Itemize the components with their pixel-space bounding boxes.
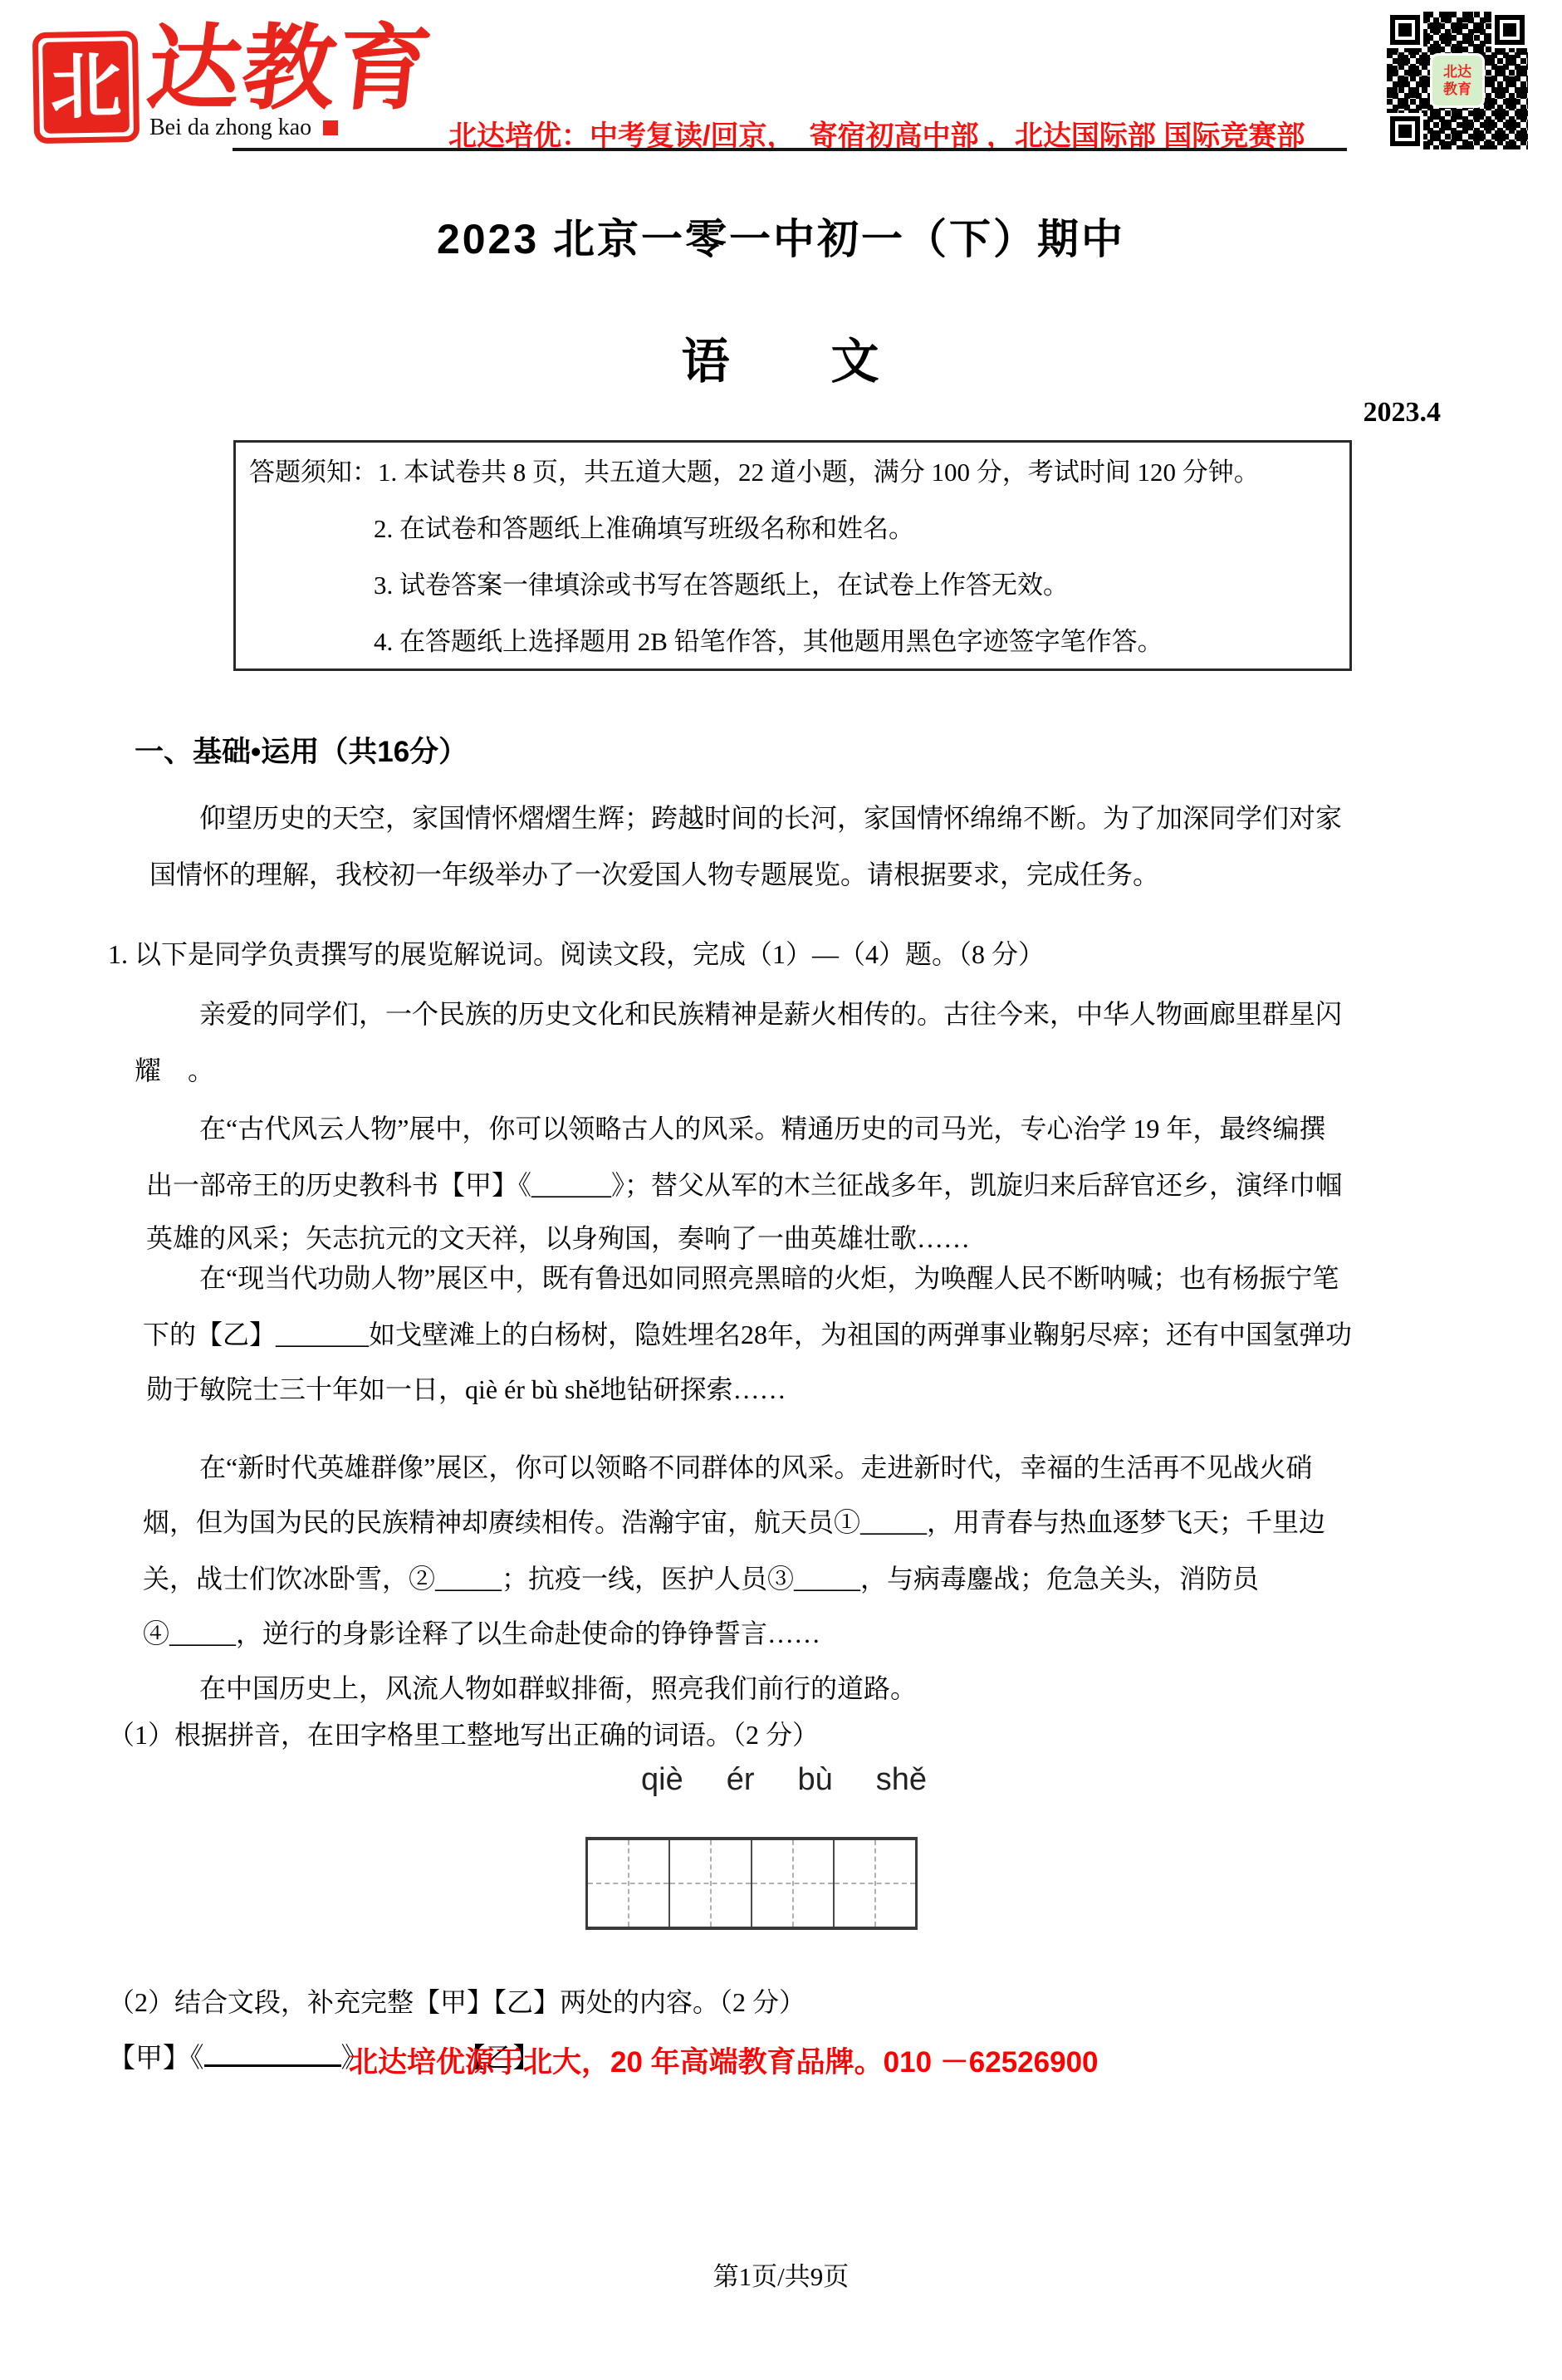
qr-logo-line1: 北达 [1443,63,1471,81]
passage-line: 在中国历史上，风流人物如群蚁排衙，照亮我们前行的道路。 [199,1667,917,1706]
pinyin-syllable: shě [876,1762,927,1798]
passage-line: 英雄的风采；矢志抗元的文天祥，以身殉国，奏响了一曲英雄壮歌…… [146,1217,970,1256]
tianzige-cell [670,1840,752,1927]
passage-line: 勋于敏院士三十年如一日，qiè ér bù shě地钻研探索…… [146,1369,786,1407]
qr-finder-icon [1390,15,1420,45]
brand-latin-text: Bei da zhong kao [149,115,311,141]
exam-paper-page: 北 达教育 Bei da zhong kao 北达培优：中考复读/回京， 寄宿初… [0,0,1562,2380]
sub-question2-stem: （2）结合文段，补充完整【甲】【乙】两处的内容。（2 分） [108,1981,805,2020]
page-number: 第1页/共9页 [0,2255,1562,2293]
passage-line: 在“现当代功勋人物”展区中，既有鲁迅如同照亮黑暗的火炬，为唤醒人民不断呐喊；也有… [199,1257,1339,1295]
notice-item-2: 2. 在试卷和答题纸上准确填写班级名称和姓名。 [374,507,914,545]
pinyin-syllable: qiè [641,1762,683,1798]
tianzige-cell [588,1840,670,1927]
brand-calligraphy: 达教育 [143,22,437,120]
red-square-icon [323,120,338,135]
passage-line: 在“新时代英雄群像”展区，你可以领略不同群体的风采。走进新时代，幸福的生活再不见… [199,1447,1312,1485]
passage-line: 关，战士们饮冰卧雪，②_____；抗疫一线，医护人员③_____，与病毒鏖战；危… [143,1558,1259,1596]
sub-question1-stem: （1）根据拼音，在田字格里工整地写出正确的词语。（2 分） [108,1714,819,1752]
pinyin-syllable: ér [727,1762,755,1798]
intro-line: 仰望历史的天空，家国情怀熠熠生辉；跨越时间的长河，家国情怀绵绵不断。为了加深同学… [199,797,1342,835]
qr-code: 北达 教育 [1387,12,1528,149]
exam-date: 2023.4 [1364,397,1442,428]
seal-inner: 北 [42,41,130,134]
header-divider [233,148,1347,151]
brand-latin-subtitle: Bei da zhong kao [149,115,338,141]
answer-notice-box: 答题须知：1. 本试卷共 8 页，共五道大题，22 道小题，满分 100 分，考… [233,440,1352,671]
beida-seal-icon: 北 [32,31,140,144]
notice-item-1: 1. 本试卷共 8 页，共五道大题，22 道小题，满分 100 分，考试时间 1… [378,458,1260,487]
tianzige-cell [835,1840,915,1927]
answer-blank [204,2035,341,2067]
notice-item-4: 4. 在答题纸上选择题用 2B 铅笔作答，其他题用黑色字迹签字笔作答。 [374,620,1163,658]
exam-title: 2023 北京一零一中初一（下）期中 [0,206,1562,266]
passage-line: 烟，但为国为民的民族精神却赓续相传。浩瀚宇宙，航天员①_____，用青春与热血逐… [143,1501,1325,1540]
qr-finder-icon [1390,116,1420,146]
seal-character: 北 [50,51,122,123]
passage-line: 耀 。 [135,1050,214,1088]
passage-line: 亲爱的同学们，一个民族的历史文化和民族精神是薪火相传的。古往今来，中华人物画廊里… [199,993,1342,1031]
subject-title: 语 文 [0,322,1562,392]
notice-label: 答题须知： [249,458,378,487]
qr-finder-icon [1495,15,1525,45]
tianzige-cell [752,1840,835,1927]
qr-center-logo: 北达 教育 [1430,53,1485,108]
promo-watermark: 北达培优源于北大，20 年高端教育品牌。010 －62526900 [349,2040,1099,2081]
passage-line: 下的【乙】_______如戈壁滩上的白杨树，隐姓埋名28年，为祖国的两弹事业鞠躬… [143,1314,1352,1352]
passage-line: ④_____，逆行的身影诠释了以生命赴使命的铮铮誓言…… [143,1613,820,1651]
pinyin-row: qiè ér bù shě [641,1762,927,1798]
pinyin-syllable: bù [798,1762,833,1798]
intro-line: 国情怀的理解，我校初一年级举办了一次爱国人物专题展览。请根据要求，完成任务。 [149,854,1159,892]
jia-open: 【甲】《 [108,2036,204,2075]
passage-line: 出一部帝王的历史教科书【甲】《______》；替父从军的木兰征战多年，凯旋归来后… [146,1164,1342,1202]
section1-heading: 一、基础•运用（共16分） [135,729,468,771]
passage-line: 在“古代风云人物”展中，你可以领略古人的风采。精通历史的司马光，专心治学 19 … [199,1108,1325,1146]
notice-item-3: 3. 试卷答案一律填涂或书写在答题纸上，在试卷上作答无效。 [374,564,1069,601]
question1-stem: 1. 以下是同学负责撰写的展览解说词。阅读文段，完成（1）—（4）题。（8 分） [108,933,1045,972]
qr-logo-line2: 教育 [1443,81,1471,98]
notice-line-1: 答题须知：1. 本试卷共 8 页，共五道大题，22 道小题，满分 100 分，考… [249,451,1260,488]
tianzige-grid [585,1837,918,1930]
